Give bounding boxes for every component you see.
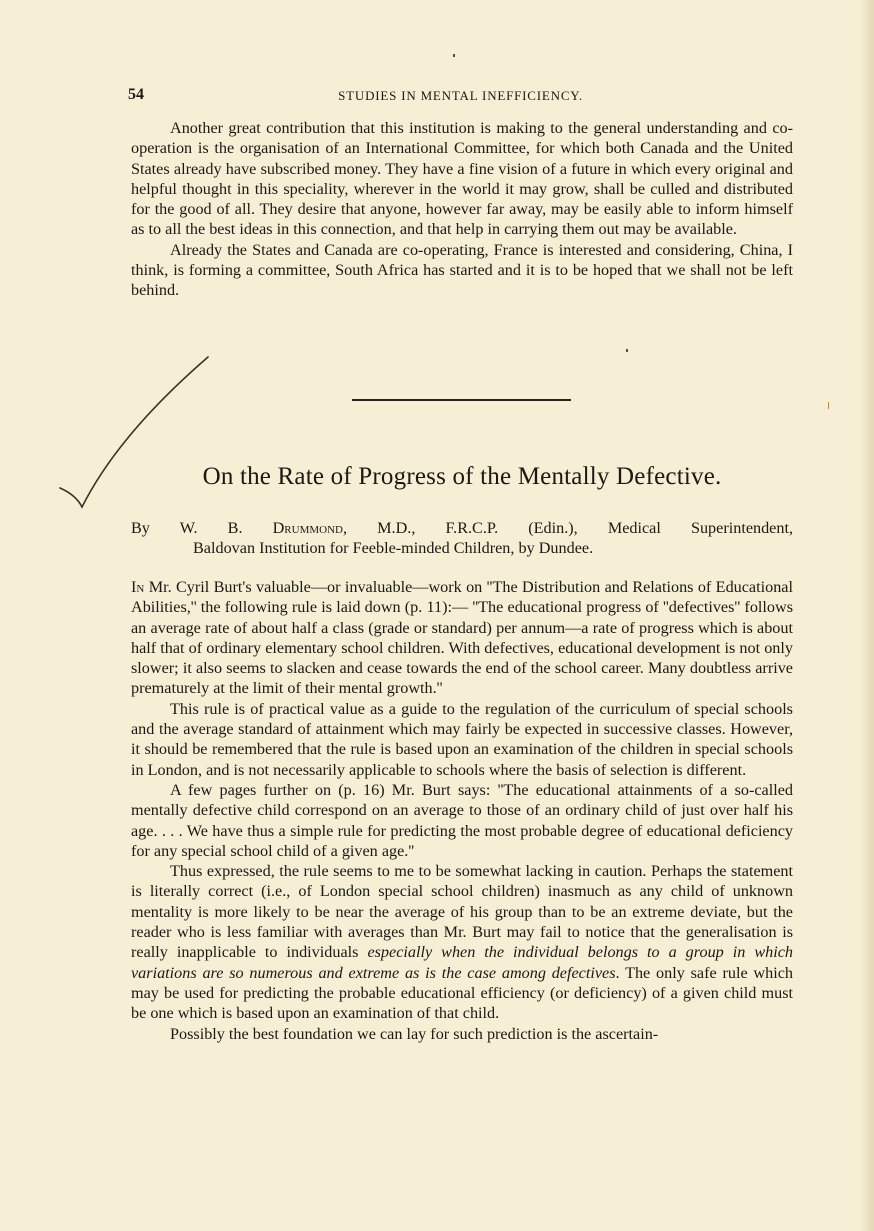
article-body: In Mr. Cyril Burt's valuable—or invaluab… <box>131 577 793 1044</box>
author-credentials: , M.D., F.R.C.P. (Edin.), Medical Superi… <box>343 519 793 537</box>
author-surname: Drummond <box>273 519 343 537</box>
paragraph: Already the States and Canada are co-ope… <box>131 240 793 301</box>
article-byline: By W. B. Drummond, M.D., F.R.C.P. (Edin.… <box>131 518 793 559</box>
paragraph: A few pages further on (p. 16) Mr. Burt … <box>131 780 793 861</box>
section-divider-rule <box>352 399 571 401</box>
paper-speck <box>828 402 829 409</box>
page-header: 54 STUDIES IN MENTAL INEFFICIENCY. <box>128 86 793 106</box>
paragraph: In Mr. Cyril Burt's valuable—or invaluab… <box>131 577 793 699</box>
paper-speck <box>626 349 628 352</box>
byline-prefix: By W. B. <box>131 519 243 537</box>
paragraph: Another great contribution that this ins… <box>131 118 793 240</box>
drop-word: In <box>131 578 144 596</box>
page-edge-shadow <box>860 0 874 1231</box>
paragraph: Possibly the best foundation we can lay … <box>131 1024 793 1044</box>
previous-article-text: Another great contribution that this ins… <box>131 118 793 301</box>
paper-speck <box>453 54 455 57</box>
handwritten-checkmark-icon <box>58 355 228 515</box>
author-affiliation: Baldovan Institution for Feeble-minded C… <box>131 538 793 558</box>
paragraph: This rule is of practical value as a gui… <box>131 699 793 780</box>
running-title: STUDIES IN MENTAL INEFFICIENCY. <box>128 88 793 104</box>
article-title: On the Rate of Progress of the Mentally … <box>131 463 793 491</box>
paragraph: Thus expressed, the rule seems to me to … <box>131 861 793 1023</box>
